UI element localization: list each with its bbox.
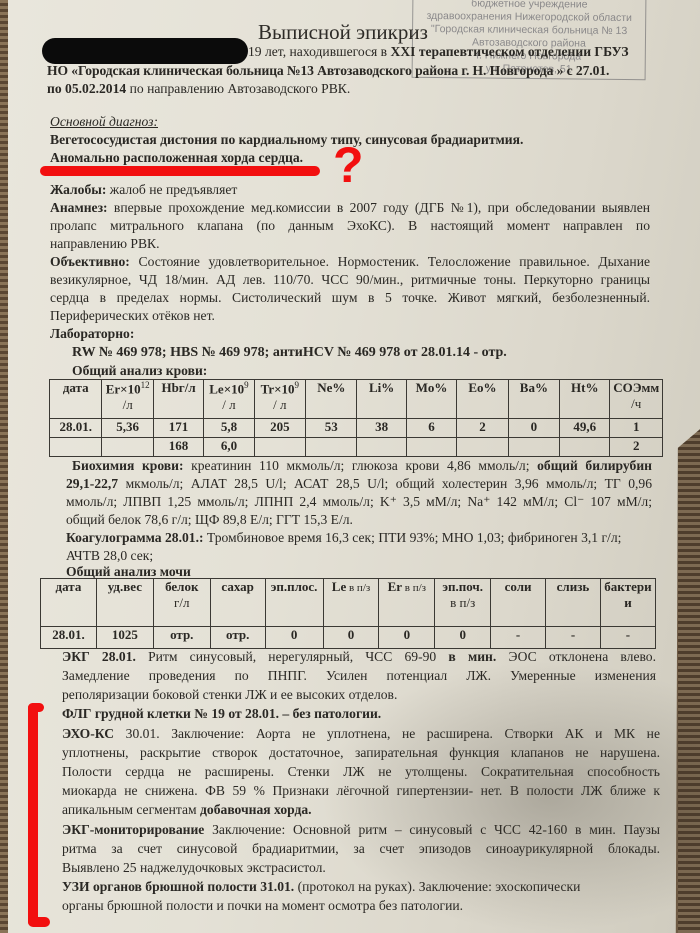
- table-row: 1686,02: [50, 438, 663, 457]
- blood-column-header: Li%: [357, 380, 406, 419]
- table-row: 28.01.1025отр.отр.0000---: [41, 627, 656, 649]
- biochem-line-3: ммоль/л; ЛПВП 1,25 ммоль/л; ЛПНП 2,4 ммо…: [66, 493, 652, 510]
- stamp-line: "Городская клиническая больница № 13: [413, 23, 645, 38]
- echo-line-4: миокарда не снижена. ФВ 59 % Признаки лё…: [62, 782, 660, 799]
- blood-table-title: Общий анализ крови:: [72, 362, 207, 379]
- urine-column-header: слизь: [546, 579, 601, 627]
- redacted-name: [42, 38, 248, 64]
- echo-line-3: Полости сердца не расширены. Стенки ЛЖ н…: [62, 763, 660, 780]
- flg-result: ФЛГ грудной клетки № 19 от 28.01. – без …: [62, 705, 381, 722]
- urine-column-header: белокг/л: [153, 579, 210, 627]
- blood-column-header: Le×109/ л: [204, 380, 254, 419]
- urine-cell: 0: [265, 627, 323, 649]
- blood-cell: 53: [306, 419, 357, 438]
- question-mark-annotation: ?: [333, 140, 364, 190]
- anamnesis-line-3: направлению РВК.: [50, 235, 160, 252]
- blood-cell: [50, 438, 102, 457]
- blood-cell: [357, 438, 406, 457]
- blood-cell: [560, 438, 610, 457]
- blood-cell: [102, 438, 153, 457]
- diagnosis-line-1: Вегетососудистая дистония по кардиальном…: [50, 131, 523, 148]
- blood-column-header: СОЭмм/ч: [610, 380, 663, 419]
- lab-label: Лабораторно:: [50, 325, 134, 342]
- biochem-line-2: 29,1-22,7 мкмоль/л; АЛАТ 28,5 U/l; АСАТ …: [66, 475, 652, 492]
- urine-column-header: Le в п/з: [323, 579, 379, 627]
- blood-cell: [406, 438, 456, 457]
- blood-cell: 5,8: [204, 419, 254, 438]
- holter-line-3: Выявлено 25 наджелудочковых экстрасистол…: [62, 859, 326, 876]
- blood-column-header: Ba%: [508, 380, 559, 419]
- urine-cell: 1025: [96, 627, 153, 649]
- red-bracket-top: [28, 703, 44, 712]
- blood-cell: 38: [357, 419, 406, 438]
- ecg-line-3: реполяризации боковой стенки ЛЖ и ее выс…: [62, 686, 397, 703]
- blood-cell: [457, 438, 508, 457]
- holter-line-1: ЭКГ-мониторирование Заключение: Основной…: [62, 821, 660, 838]
- urine-column-header: эп.поч.в п/з: [435, 579, 491, 627]
- urine-column-header: дата: [41, 579, 97, 627]
- blood-cell: 168: [153, 438, 203, 457]
- intro-line-2: НО «Городская клиническая больница №13 А…: [47, 62, 609, 79]
- blood-cell: 5,36: [102, 419, 153, 438]
- blood-cell: 0: [508, 419, 559, 438]
- usg-line-2: органы брюшной полости и почки на момент…: [62, 897, 463, 914]
- urine-cell: 0: [435, 627, 491, 649]
- urine-column-header: соли: [491, 579, 546, 627]
- biochem-line-4: общий белок 78,6 г/л; ЩФ 89,8 Е/л; ГГТ 1…: [66, 511, 353, 528]
- biochem-line-1: Биохимия крови: креатинин 110 мкмоль/л; …: [72, 457, 652, 474]
- ecg-line-2: Замедление проведения по ПНПГ. Усилен по…: [62, 667, 656, 684]
- urine-cell: 28.01.: [41, 627, 97, 649]
- red-bracket-bottom: [28, 917, 50, 927]
- ecg-line-1: ЭКГ 28.01. Ритм синусовый, нерегулярный,…: [62, 648, 656, 665]
- blood-cell: 6,0: [204, 438, 254, 457]
- blood-column-header: Tr×109/ л: [254, 380, 305, 419]
- urine-cell: отр.: [153, 627, 210, 649]
- coag-line-2: АЧТВ 28,0 сек;: [66, 547, 153, 564]
- anamnesis-line-2: пролапс митрального клапана (по данным Э…: [50, 217, 650, 234]
- blood-cell: [254, 438, 305, 457]
- blood-column-header: Ne%: [306, 380, 357, 419]
- blood-cell: 1: [610, 419, 663, 438]
- table-row: 28.01.5,361715,8205533862049,61: [50, 419, 663, 438]
- blood-cell: 49,6: [560, 419, 610, 438]
- blood-column-header: дата: [50, 380, 102, 419]
- urine-cell: 0: [323, 627, 379, 649]
- urine-test-table: датауд.весбелокг/лсахарэп.плос.Le в п/зE…: [40, 578, 656, 649]
- urine-cell: -: [546, 627, 601, 649]
- echo-line-5: апикальным сегментам добавочная хорда.: [62, 801, 312, 818]
- urine-column-header: бактерии: [600, 579, 655, 627]
- blood-cell: 2: [457, 419, 508, 438]
- blood-column-header: Ht%: [560, 380, 610, 419]
- complaints: Жалобы: жалоб не предъявляет: [50, 181, 237, 198]
- red-bracket-annotation: [28, 704, 38, 926]
- anamnesis-line-1: Анамнез: впервые прохождение мед.комисси…: [50, 199, 650, 216]
- urine-cell: отр.: [210, 627, 265, 649]
- objective-line-1: Объективно: Состояние удовлетворительное…: [50, 253, 650, 270]
- coag-line-1: Коагулограмма 28.01.: Тромбиновое время …: [66, 529, 621, 546]
- blood-cell: 28.01.: [50, 419, 102, 438]
- urine-column-header: эп.плос.: [265, 579, 323, 627]
- blood-cell: [508, 438, 559, 457]
- intro-line-3: по 05.02.2014 по направлению Автозаводск…: [47, 80, 350, 97]
- echo-line-1: ЭХО-КС 30.01. Заключение: Аорта не уплот…: [62, 725, 660, 742]
- urine-column-header: Er в п/з: [379, 579, 435, 627]
- blood-cell: 2: [610, 438, 663, 457]
- objective-line-3: сердца в пределах нормы. Систолический ш…: [50, 289, 650, 306]
- urine-cell: -: [600, 627, 655, 649]
- red-underline-annotation: [40, 166, 320, 176]
- echo-line-2: уплотнены, раскрытие створок достаточное…: [62, 744, 660, 761]
- objective-line-4: Периферических отёков нет.: [50, 307, 215, 324]
- background-fabric-right: [678, 420, 700, 933]
- blood-cell: 171: [153, 419, 203, 438]
- urine-column-header: сахар: [210, 579, 265, 627]
- blood-test-table: датаEr×1012/лHbг/лLe×109/ лTr×109/ лNe%L…: [49, 379, 663, 457]
- urine-cell: 0: [379, 627, 435, 649]
- serology: RW № 469 978; HBS № 469 978; антиHCV № 4…: [72, 344, 507, 361]
- blood-column-header: Mo%: [406, 380, 456, 419]
- urine-table-header-row: датауд.весбелокг/лсахарэп.плос.Le в п/зE…: [41, 579, 656, 627]
- blood-cell: 205: [254, 419, 305, 438]
- usg-line-1: УЗИ органов брюшной полости 31.01. (прот…: [62, 878, 580, 895]
- diagnosis-label: Основной диагноз:: [50, 113, 158, 130]
- blood-column-header: Eo%: [457, 380, 508, 419]
- urine-cell: -: [491, 627, 546, 649]
- blood-cell: [306, 438, 357, 457]
- blood-column-header: Er×1012/л: [102, 380, 153, 419]
- document-title: Выписной эпикриз: [258, 20, 428, 45]
- blood-table-header-row: датаEr×1012/лHbг/лLe×109/ лTr×109/ лNe%L…: [50, 380, 663, 419]
- urine-column-header: уд.вес: [96, 579, 153, 627]
- diagnosis-line-2: Аномально расположенная хорда сердца.: [50, 149, 303, 166]
- blood-column-header: Hbг/л: [153, 380, 203, 419]
- objective-line-2: везикулярное, ЧД 18/мин. АД лев. 110/70.…: [50, 271, 650, 288]
- blood-cell: 6: [406, 419, 456, 438]
- holter-line-2: ритма за счет синусовой брадиаритмии, за…: [62, 840, 660, 857]
- intro-line-1: 19 лет, находившегося в XXI терапевтичес…: [248, 43, 629, 60]
